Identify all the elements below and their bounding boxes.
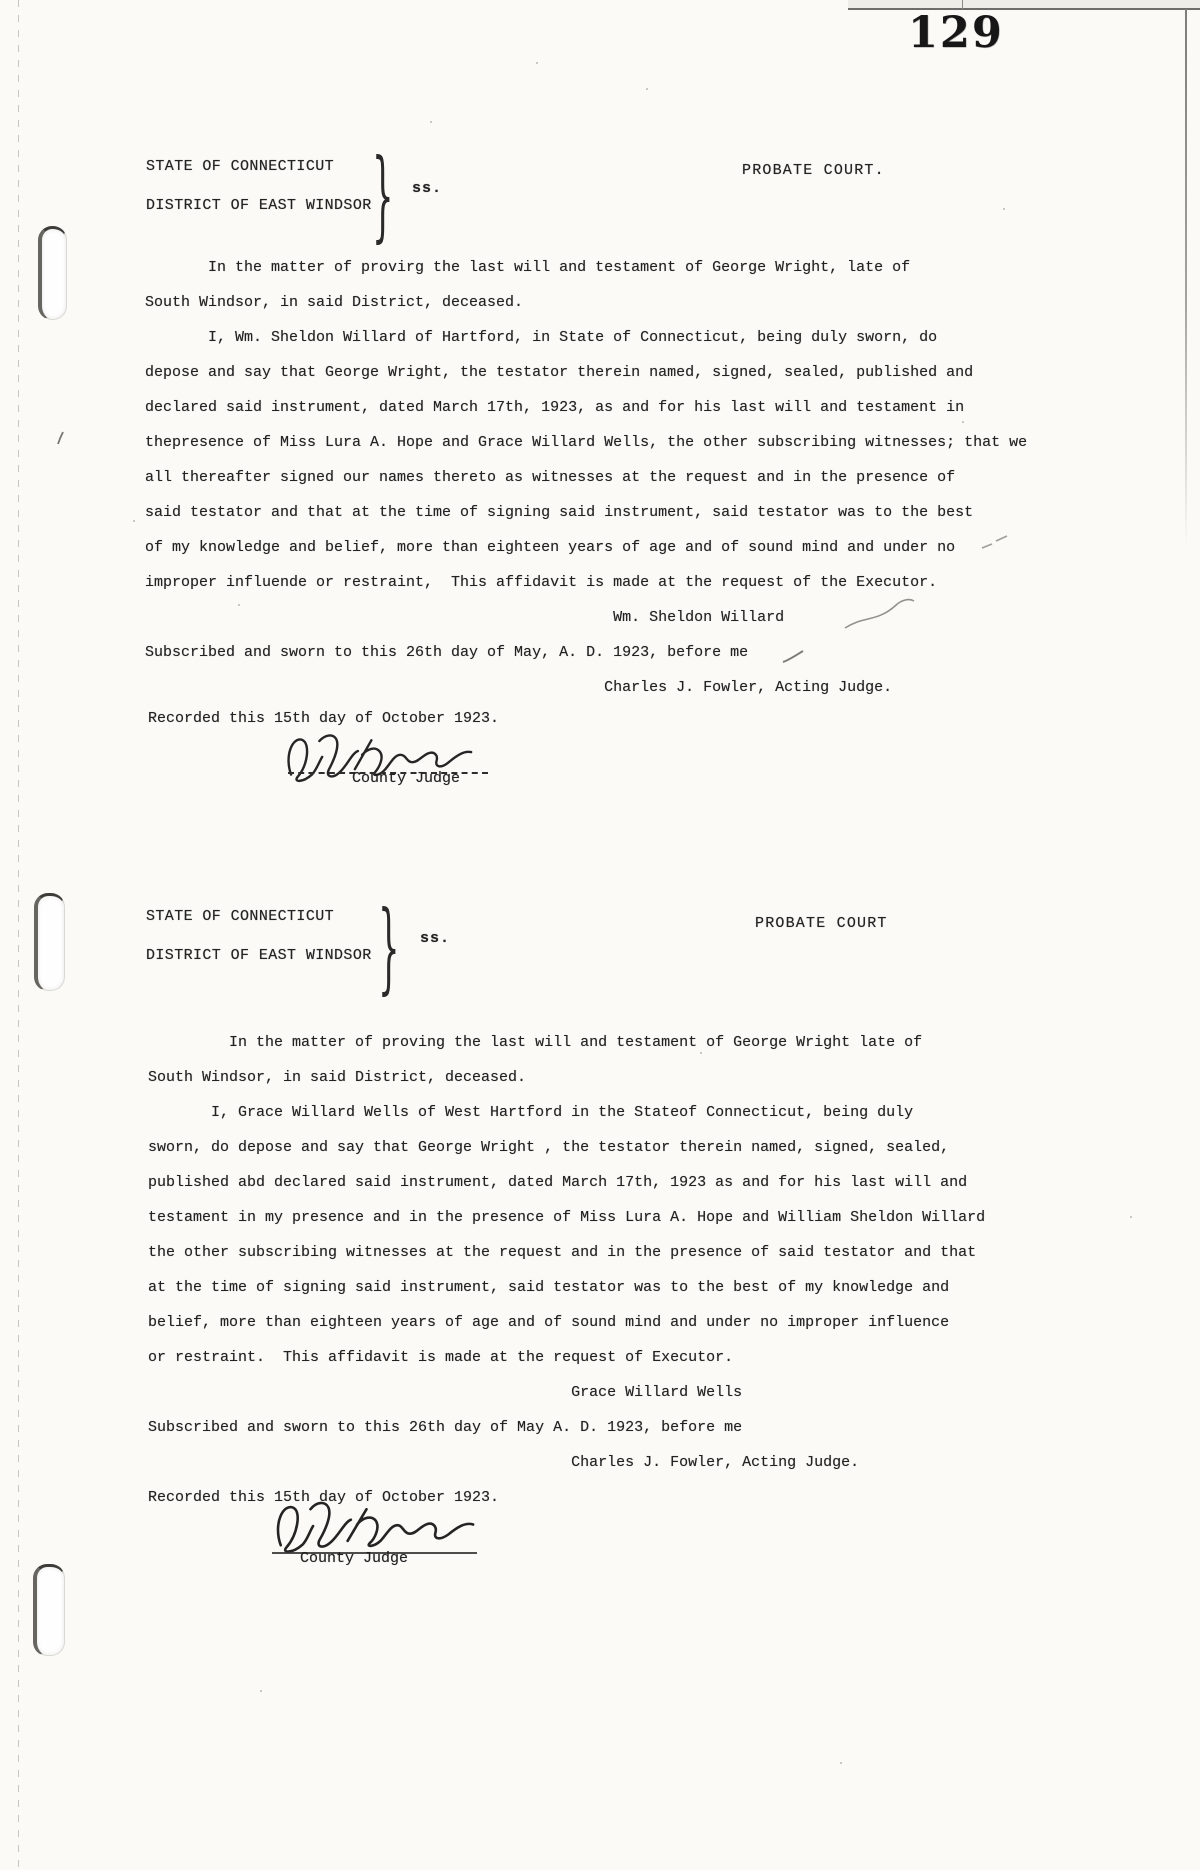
- ss-abbreviation: ss.: [412, 180, 442, 197]
- ink-speck: [840, 1762, 842, 1764]
- page-number: 129: [908, 8, 1004, 58]
- pencil-dashes: [980, 532, 1010, 554]
- ink-speck: [962, 421, 964, 423]
- typewritten-line: I, Wm. Sheldon Willard of Hartford, in S…: [145, 320, 1027, 355]
- typewritten-line: thepresence of Miss Lura A. Hope and Gra…: [145, 425, 1027, 460]
- typewritten-line: Charles J. Fowler, Acting Judge.: [148, 1445, 985, 1480]
- typewritten-line: published abd declared said instrument, …: [148, 1165, 985, 1200]
- venue-brace: }: [378, 900, 400, 998]
- typewritten-line: belief, more than eighteen years of age …: [148, 1305, 985, 1340]
- typewritten-line: In the matter of provirg the last will a…: [145, 250, 1027, 285]
- ink-speck: [133, 520, 135, 522]
- venue-state: STATE OF CONNECTICUT: [146, 908, 334, 925]
- ink-speck: [260, 1690, 262, 1692]
- binding-hole: [38, 226, 67, 320]
- probate-record-page: 129 STATE OF CONNECTICUT DISTRICT OF EAS…: [0, 0, 1200, 1870]
- scan-top-edge-strip: [848, 0, 1200, 8]
- pencil-mark: [843, 592, 918, 634]
- scan-top-edge-line: [848, 8, 1200, 10]
- typewritten-line: testament in my presence and in the pres…: [148, 1200, 985, 1235]
- ink-speck: [1003, 208, 1005, 210]
- ink-speck: [430, 121, 432, 123]
- typewritten-line: of my knowledge and belief, more than ei…: [145, 530, 1027, 565]
- typewritten-line: declared said instrument, dated March 17…: [145, 390, 1027, 425]
- ink-speck: [646, 88, 648, 90]
- typewritten-line: all thereafter signed our names thereto …: [145, 460, 1027, 495]
- typewritten-line: Grace Willard Wells: [148, 1375, 985, 1410]
- typewritten-line: Charles J. Fowler, Acting Judge.: [145, 670, 1027, 705]
- typewritten-line: I, Grace Willard Wells of West Hartford …: [148, 1095, 985, 1130]
- ink-speck: [700, 1052, 702, 1054]
- typewritten-line: at the time of signing said instrument, …: [148, 1270, 985, 1305]
- ink-speck: [238, 604, 240, 606]
- typewritten-line: the other subscribing witnesses at the r…: [148, 1235, 985, 1270]
- venue-brace: }: [372, 148, 394, 246]
- court-name: PROBATE COURT: [755, 915, 888, 932]
- court-name: PROBATE COURT.: [742, 162, 885, 179]
- binding-hole: [33, 1564, 65, 1656]
- scan-right-edge-line: [1185, 9, 1187, 549]
- typewritten-line: South Windsor, in said District, decease…: [145, 285, 1027, 320]
- typewritten-line: or restraint. This affidavit is made at …: [148, 1340, 985, 1375]
- typewritten-line: South Windsor, in said District, decease…: [148, 1060, 985, 1095]
- county-judge-signature-script: [267, 1488, 479, 1557]
- venue-state: STATE OF CONNECTICUT: [146, 158, 334, 175]
- affidavit-text: In the matter of proving the last will a…: [148, 1025, 985, 1515]
- ink-speck: [1130, 1216, 1132, 1218]
- typewritten-line: depose and say that George Wright, the t…: [145, 355, 1027, 390]
- affidavit-text: In the matter of provirg the last will a…: [145, 250, 1027, 705]
- typewritten-line: In the matter of proving the last will a…: [148, 1025, 985, 1060]
- binding-hole: [34, 893, 65, 991]
- ink-speck: [536, 62, 538, 64]
- typewritten-line: Subscribed and sworn to this 26th day of…: [148, 1410, 985, 1445]
- typewritten-line: said testator and that at the time of si…: [145, 495, 1027, 530]
- typewritten-line: Subscribed and sworn to this 26th day of…: [145, 635, 1027, 670]
- venue-district: DISTRICT OF EAST WINDSOR: [146, 197, 372, 214]
- county-judge-label: County Judge: [300, 1550, 408, 1567]
- typewritten-line: sworn, do depose and say that George Wri…: [148, 1130, 985, 1165]
- scan-left-edge-line: [18, 0, 19, 1870]
- pencil-tick: [780, 648, 806, 666]
- venue-district: DISTRICT OF EAST WINDSOR: [146, 947, 372, 964]
- county-judge-label: County Judge: [352, 770, 460, 787]
- ink-comma-mark: [55, 430, 67, 446]
- ss-abbreviation: ss.: [420, 930, 450, 947]
